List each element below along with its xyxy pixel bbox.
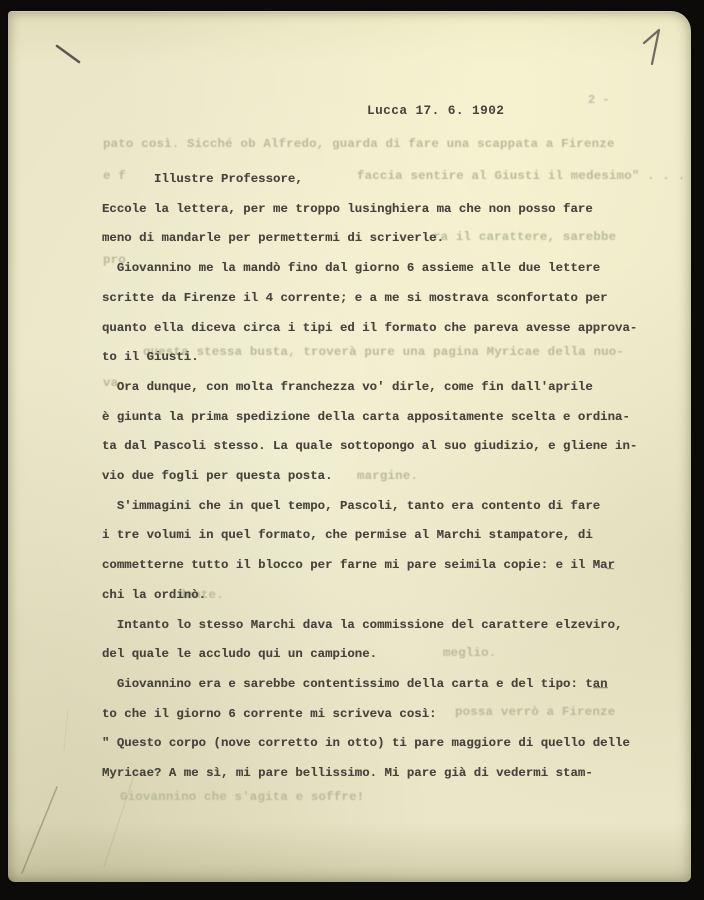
letter-line: " Questo corpo (nove corretto in otto) t… <box>102 729 662 759</box>
letter-line: Giovannino me la mandò fino dal giorno 6… <box>102 254 662 284</box>
letter-line: del quale le accludo qui un campione. <box>102 640 662 670</box>
letter-line: to il Giusti. <box>102 343 662 373</box>
letter-line: commetterne tutto il blocco per farne mi… <box>102 551 662 581</box>
handwritten-page-number-stroke <box>644 30 659 64</box>
letter-line: scritte da Firenze il 4 corrente; e a me… <box>102 284 662 314</box>
letter-line: Eccole la lettera, per me troppo lusingh… <box>102 195 662 225</box>
letter-line: è giunta la prima spedizione della carta… <box>102 403 662 433</box>
ghost-line: Giovannino che s'agita e soffre! <box>120 790 364 805</box>
pencil-mark <box>57 46 79 62</box>
handwritten-page-number: 1 <box>641 23 675 71</box>
letter-line: chi la ordinò. <box>102 581 662 611</box>
crease-line-3 <box>64 711 68 751</box>
letter-line: quanto ella diceva circa i tipi ed il fo… <box>102 314 662 344</box>
letter-page: 2 - pato così. Sicché ob Alfredo, guarda… <box>8 11 691 882</box>
crease-line <box>22 787 57 873</box>
letter-line: Illustre Professore, <box>102 165 662 195</box>
letter-line: vio due fogli per questa posta. <box>102 462 662 492</box>
letter-line: Giovannino era e sarebbe contentissimo d… <box>102 670 662 700</box>
letter-line: ta dal Pascoli stesso. La quale sottopon… <box>102 432 662 462</box>
letter-line: to che il giorno 6 corrente mi scriveva … <box>102 700 662 730</box>
letter-line: meno di mandarle per permettermi di scri… <box>102 224 662 254</box>
letter-line: Myricae? A me sì, mi pare bellissimo. Mi… <box>102 759 662 789</box>
letter-body: Illustre Professore,Eccole la lettera, p… <box>102 165 662 789</box>
letter-line: S'immagini che in quel tempo, Pascoli, t… <box>102 492 662 522</box>
ghost-line: pato così. Sicché ob Alfredo, guarda di … <box>103 137 615 152</box>
scan-background: { "annotations": { "page_number": "1" },… <box>0 0 704 900</box>
letter-line: i tre volumi in quel formato, che permis… <box>102 521 662 551</box>
letter-line: Ora dunque, con molta franchezza vo' dir… <box>102 373 662 403</box>
date-line: Lucca 17. 6. 1902 <box>367 103 504 119</box>
letter-line: Intanto lo stesso Marchi dava la commiss… <box>102 611 662 641</box>
ghost-page-header: 2 - <box>588 93 610 107</box>
